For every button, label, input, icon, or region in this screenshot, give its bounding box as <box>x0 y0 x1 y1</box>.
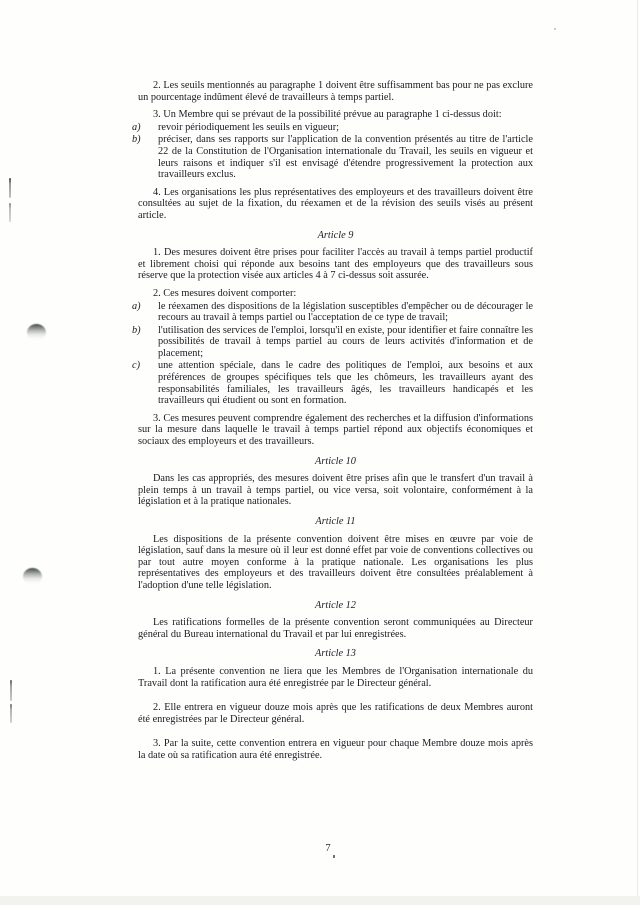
list-item: b)préciser, dans ses rapports sur l'appl… <box>132 134 533 180</box>
paragraph: 1. La présente convention ne liera que l… <box>138 666 533 689</box>
punch-hole-shadow-bottom <box>23 568 42 585</box>
list-item: b)l'utilisation des services de l'emploi… <box>132 325 533 360</box>
bottom-scan-strip <box>0 896 640 905</box>
paragraph: 2. Les seuils mentionnés au paragraphe 1… <box>138 80 533 103</box>
list-marker: b) <box>132 325 141 337</box>
text-column: 2. Les seuils mentionnés au paragraphe 1… <box>138 80 533 762</box>
list-marker: c) <box>132 360 140 372</box>
article-heading: Article 11 <box>138 516 533 528</box>
page-scan-edge-line <box>637 0 638 905</box>
paragraph: Les dispositions de la présente conventi… <box>138 534 533 592</box>
list-item-text: revoir périodiquement les seuils en vigu… <box>158 122 339 133</box>
punch-hole-shadow-top <box>27 324 46 341</box>
list-item-text: une attention spéciale, dans le cadre de… <box>158 360 533 406</box>
paragraph: 3. Ces mesures peuvent comprendre égalem… <box>138 413 533 448</box>
list-item-text: préciser, dans ses rapports sur l'applic… <box>158 134 533 180</box>
list-marker: a) <box>132 301 141 313</box>
scan-mark-left-bottom-2 <box>10 704 12 723</box>
paragraph: 3. Un Membre qui se prévaut de la possib… <box>138 109 533 121</box>
paragraph: Les ratifications formelles de la présen… <box>138 617 533 640</box>
paragraph: Dans les cas appropriés, des mesures doi… <box>138 473 533 508</box>
scanned-document-page: 2. Les seuils mentionnés au paragraphe 1… <box>0 0 640 905</box>
scan-mark-left-bottom-1 <box>10 680 12 701</box>
page-number: 7 <box>138 843 518 854</box>
list-item-text: le réexamen des dispositions de la légis… <box>158 301 533 324</box>
scan-speck-bottom <box>333 855 335 858</box>
list-item: c)une attention spéciale, dans le cadre … <box>132 360 533 406</box>
article-heading: Article 12 <box>138 600 533 612</box>
scan-mark-left-top-2 <box>9 203 11 222</box>
list-item-text: l'utilisation des services de l'emploi, … <box>158 325 533 359</box>
article-heading: Article 13 <box>138 648 533 660</box>
list-item: a)revoir périodiquement les seuils en vi… <box>132 122 533 134</box>
scan-mark-left-top-1 <box>9 178 11 198</box>
article-heading: Article 9 <box>138 230 533 242</box>
article-heading: Article 10 <box>138 456 533 468</box>
paragraph: 3. Par la suite, cette convention entrer… <box>138 738 533 761</box>
list-item: a)le réexamen des dispositions de la lég… <box>132 301 533 324</box>
list-marker: b) <box>132 134 141 146</box>
list-marker: a) <box>132 122 141 134</box>
paragraph: 4. Les organisations les plus représenta… <box>138 187 533 222</box>
paragraph: 1. Des mesures doivent être prises pour … <box>138 247 533 282</box>
paragraph: 2. Ces mesures doivent comporter: <box>138 288 533 300</box>
paragraph: 2. Elle entrera en vigueur douze mois ap… <box>138 702 533 725</box>
scan-speck-top <box>554 28 556 30</box>
